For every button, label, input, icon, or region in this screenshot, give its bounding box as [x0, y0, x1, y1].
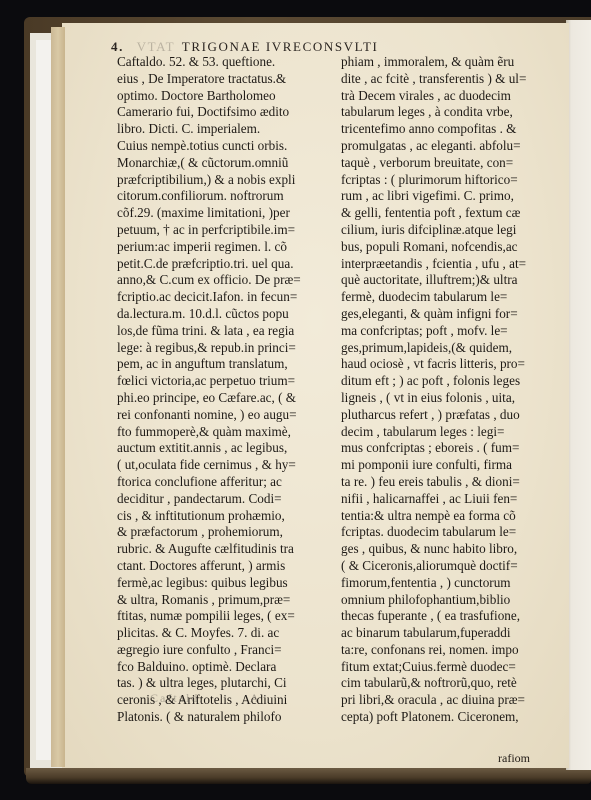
text-line: Monarchiæ,( & cũctorum.omniũ: [117, 155, 327, 172]
text-line: libro. Dicti. C. imperialem.: [117, 121, 327, 138]
bleed-through-text: Caftald.: [150, 691, 204, 706]
text-line: fcriptio.ac decicit.Iafon. in fecun=: [117, 289, 327, 306]
text-line: trà Decem virales , ac duodecim: [341, 88, 553, 105]
text-line: decim , tabularum leges : legi=: [341, 424, 553, 441]
text-line: ægregio iure confulto , Franci=: [117, 642, 327, 659]
text-line: ta:re, confonans rei, nomen. impo: [341, 642, 553, 659]
text-line: phi.eo principe, eo Cæfare.ac, ( &: [117, 390, 327, 407]
flyleaf-inner: [36, 40, 52, 760]
text-line: fermè,ac legibus: quibus legibus: [117, 575, 327, 592]
text-line: auctum extitit.annis , ac legibus,: [117, 440, 327, 457]
facing-page-edge: [566, 20, 591, 770]
text-line: tricentefimo anno compofitas . &: [341, 121, 553, 138]
text-line: da.lectura.m. 10.d.l. cũctos popu: [117, 306, 327, 323]
text-line: ftorica conclufione afferitur; ac: [117, 474, 327, 491]
text-line: bus, populi Romani, nofcendis,ac: [341, 239, 553, 256]
text-line: ( ut,oculata fide cernimus , & hy=: [117, 457, 327, 474]
text-line: què auctoritate, illuftrem;)& ultra: [341, 272, 553, 289]
text-line: Camerario fui, Doctifsimo ædito: [117, 104, 327, 121]
text-line: fermè, duodecim tabularum le=: [341, 289, 553, 306]
text-line: & gelli, fententia poft , fextum cæ: [341, 205, 553, 222]
text-line: taquè , verborum breuitate, con=: [341, 155, 553, 172]
text-line: pri libri,& oracula , ac diuina præ=: [341, 692, 553, 709]
text-line: los,de fũma trini. & lata , ea regia: [117, 323, 327, 340]
text-line: petit.C.de præfcriptio.tri. uel qua.: [117, 256, 327, 273]
text-line: anno,& C.cum ex officio. De præ=: [117, 272, 327, 289]
text-line: rum , ac libri vigefimi. C. primo,: [341, 188, 553, 205]
text-line: cis , & inftitutionum prohæmio,: [117, 508, 327, 525]
text-line: ma confcriptas; poft , mofv. le=: [341, 323, 553, 340]
text-line: ta re. ) feu ereis tabulis , & dioni=: [341, 474, 553, 491]
text-line: fto fummoperè,& quàm maximè,: [117, 424, 327, 441]
text-line: rei confonanti nomine, ) eo augu=: [117, 407, 327, 424]
text-line: ( & Ciceronis,aliorumquè doctif=: [341, 558, 553, 575]
text-line: cilium, iuris difciplinæ.atque legi: [341, 222, 553, 239]
text-line: phiam , immoralem, & quàm ẽru: [341, 54, 553, 71]
running-head-title: TRIGONAE IVRECONSVLTI: [182, 39, 379, 54]
text-line: interpræetandis , fcientia , ufu , at=: [341, 256, 553, 273]
text-line: tentia:& ultra nempè ea forma cõ: [341, 508, 553, 525]
text-line: ligneis , ( vt in eius folonis , uita,: [341, 390, 553, 407]
text-line: mi pomponii iure confulti, firma: [341, 457, 553, 474]
text-line: plicitas. & C. Moyfes. 7. di. ac: [117, 625, 327, 642]
text-line: fimorum,fententia , ) cunctorum: [341, 575, 553, 592]
text-line: ftitas, numæ pompilii leges, ( ex=: [117, 608, 327, 625]
text-line: rubric. & Augufte cælfitudinis tra: [117, 541, 327, 558]
text-line: optimo. Doctore Bartholomeo: [117, 88, 327, 105]
text-line: omnium philofophantium,biblio: [341, 592, 553, 609]
text-line: tabularum leges , à condita vrbe,: [341, 104, 553, 121]
text-line: fitum extat;Cuius.fermè duodec=: [341, 659, 553, 676]
text-line: ges , quibus, & nunc habito libro,: [341, 541, 553, 558]
text-line: ditum eft ; ) ac poft , folonis leges: [341, 373, 553, 390]
text-line: cim tabularũ,& noftrorũ,quo, retè: [341, 675, 553, 692]
text-line: ctant. Doctores afferunt, ) armis: [117, 558, 327, 575]
text-line: nifii , halicarnaffei , ac Liuii fen=: [341, 491, 553, 508]
text-line: eius , De Imperatore tractatus.&: [117, 71, 327, 88]
text-line: cõf.29. (maxime limitationi, )per: [117, 205, 327, 222]
bleed-through-head: VTAT: [137, 39, 176, 54]
text-line: tas. ) & ultra leges, plutarchi, Ci: [117, 675, 327, 692]
text-line: fœlici victoria,ac perpetuo trium=: [117, 373, 327, 390]
text-line: perium:ac imperii regimen. l. cõ: [117, 239, 327, 256]
text-line: ceronis , & Ariftotelis , Acdiuini: [117, 692, 327, 709]
text-line: Platonis. ( & naturalem philofo: [117, 709, 327, 726]
folio-number: 4.: [111, 39, 124, 54]
text-line: & ultra, Romanis , primum,præ=: [117, 592, 327, 609]
book-cover-bottom-edge: [26, 768, 591, 784]
catchword: rafiom: [498, 751, 530, 766]
text-line: pem, ac in anguftum translatum,: [117, 356, 327, 373]
text-line: citorum.confiliorum. noftrorum: [117, 188, 327, 205]
text-line: præfcriptibilium,) & a nobis expli: [117, 172, 327, 189]
binding-gutter: [51, 27, 65, 767]
text-line: plutharcus refert , ) præfatas , duo: [341, 407, 553, 424]
text-line: thecas fuperante , ( ea trasfufione,: [341, 608, 553, 625]
text-line: promulgatas , ac eleganti. abfolu=: [341, 138, 553, 155]
text-line: lege: à regibus,& repub.in princi=: [117, 340, 327, 357]
text-column-left: Caftaldo. 52. & 53. queftione.eius , De …: [117, 54, 327, 726]
text-line: mus confcriptas ; eboreis . ( fum=: [341, 440, 553, 457]
text-line: fco Balduino. optimè. Declara: [117, 659, 327, 676]
text-column-right: phiam , immoralem, & quàm ẽrudite , ac f…: [341, 54, 553, 726]
text-line: deciditur , pandectarum. Codi=: [117, 491, 327, 508]
text-line: ges,primum,lapideis,(& quidem,: [341, 340, 553, 357]
bleed-through-signature: A: [250, 691, 259, 706]
text-line: dite , ac fcitè , transferentis ) & ul=: [341, 71, 553, 88]
text-line: petuum, † ac in perfcriptibile.im=: [117, 222, 327, 239]
text-line: & præfactorum , prohemiorum,: [117, 524, 327, 541]
text-line: ges,eleganti, & quàm infigni for=: [341, 306, 553, 323]
text-line: fcriptas : ( plurimorum hiftorico=: [341, 172, 553, 189]
text-line: Caftaldo. 52. & 53. queftione.: [117, 54, 327, 71]
running-head: 4. VTAT TRIGONAE IVRECONSVLTI: [111, 39, 531, 55]
text-line: fcriptas. duodecim tabularum le=: [341, 524, 553, 541]
text-line: ac binarum tabularum,fuperaddi: [341, 625, 553, 642]
text-line: haud ociosè , vt facris litteris, pro=: [341, 356, 553, 373]
text-line: cepta) poft Platonem. Ciceronem,: [341, 709, 553, 726]
text-line: Cuius nempè.totius cuncti orbis.: [117, 138, 327, 155]
